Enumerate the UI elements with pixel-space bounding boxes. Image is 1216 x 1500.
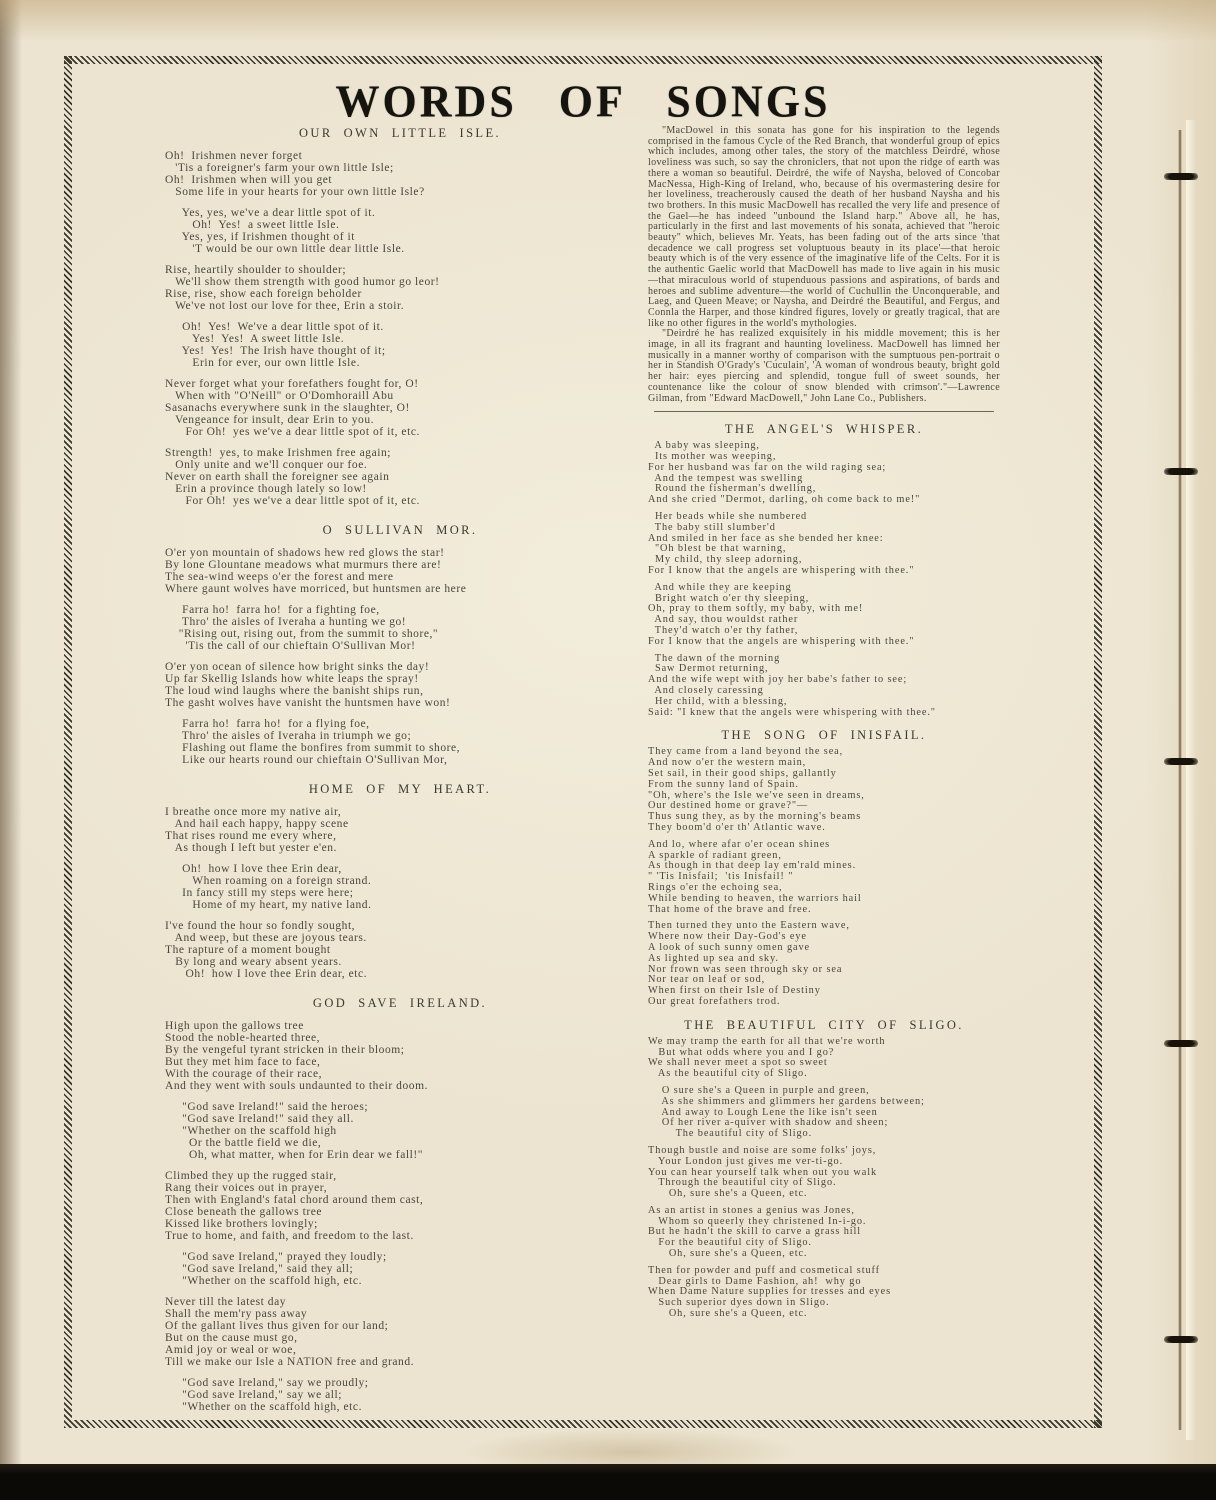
stanza: "God save Ireland!" said the heroes; "Go… xyxy=(165,1101,635,1161)
stanza: Her beads while she numbered The baby st… xyxy=(648,512,1000,577)
left-column: OUR OWN LITTLE ISLE.Oh! Irishmen never f… xyxy=(165,126,635,1422)
lyric-line: Only unite and we'll conquer our foe. xyxy=(165,459,635,471)
lyric-line: By lone Glountane meadows what murmurs t… xyxy=(165,559,635,571)
lyric-line: 'Tis a foreigner's farm your own little … xyxy=(165,162,635,174)
lyric-line: Yes, yes, we've a dear little spot of it… xyxy=(165,207,635,219)
lyric-line: We'll show them strength with good humor… xyxy=(165,276,635,288)
lyric-line: We've not lost our love for thee, Erin a… xyxy=(165,300,635,312)
lyric-line: Our great forefathers trod. xyxy=(648,997,1000,1008)
stanza: We may tramp the earth for all that we'r… xyxy=(648,1037,1000,1080)
lyric-line: "God save Ireland," said they all; xyxy=(165,1263,635,1275)
lyric-line: "Rising out, rising out, from the summit… xyxy=(165,628,635,640)
lyric-line: "God save Ireland," say we proudly; xyxy=(165,1377,635,1389)
song-title: THE ANGEL'S WHISPER. xyxy=(648,422,1000,437)
lyric-line: Yes, yes, if Irishmen thought of it xyxy=(165,231,635,243)
song-title: O SULLIVAN MOR. xyxy=(165,523,635,538)
lyric-line: As she shimmers and glimmers her gardens… xyxy=(648,1097,1000,1108)
lyric-line: When with "O'Neill" or O'Domhoraill Abu xyxy=(165,390,635,402)
binding-highlight xyxy=(1186,120,1196,1440)
lyric-line: Till we make our Isle a NATION free and … xyxy=(165,1356,635,1368)
lyric-line: With the courage of their race, xyxy=(165,1068,635,1080)
lyric-line: Your London just gives me ver-ti-go. xyxy=(648,1157,1000,1168)
lyric-line: Erin for ever, our own little Isle. xyxy=(165,357,635,369)
border-right xyxy=(1094,56,1102,1428)
stanza: Though bustle and noise are some folks' … xyxy=(648,1146,1000,1200)
lyric-line: Amid joy or weal or woe, xyxy=(165,1344,635,1356)
lyric-line: Yes! Yes! The Irish have thought of it; xyxy=(165,345,635,357)
lyric-line: Oh! how I love thee Erin dear, xyxy=(165,863,635,875)
stanza: I breathe once more my native air, And h… xyxy=(165,806,635,854)
stanza: Never till the latest dayShall the mem'r… xyxy=(165,1296,635,1368)
right-column: "MacDowel in this sonata has gone for hi… xyxy=(648,126,1000,1326)
stanza: And while they are keeping Bright watch … xyxy=(648,583,1000,648)
lyric-line: Never forget what your forefathers fough… xyxy=(165,378,635,390)
lyric-line: In fancy still my steps were here; xyxy=(165,887,635,899)
lyric-line: The sea-wind weeps o'er the forest and m… xyxy=(165,571,635,583)
lyric-line: As the beautiful city of Sligo. xyxy=(648,1069,1000,1080)
scanned-page: WORDS OF SONGS OUR OWN LITTLE ISLE.Oh! I… xyxy=(0,0,1216,1464)
lyric-line: Her child, with a blessing, xyxy=(648,697,1000,708)
lyric-line: Erin a province though lately so low! xyxy=(165,483,635,495)
stanza: Farra ho! farra ho! for a flying foe, Th… xyxy=(165,718,635,766)
stanza: Oh! Yes! We've a dear little spot of it.… xyxy=(165,321,635,369)
lyric-line: By the vengeful tyrant stricken in their… xyxy=(165,1044,635,1056)
lyric-line: Thro' the aisles of Iveraha a hunting we… xyxy=(165,616,635,628)
lyric-line: Farra ho! farra ho! for a flying foe, xyxy=(165,718,635,730)
stanza: Strength! yes, to make Irishmen free aga… xyxy=(165,447,635,507)
song-title: THE SONG OF INISFAIL. xyxy=(648,728,1000,743)
border-left xyxy=(64,56,72,1428)
prose-paragraph: "MacDowel in this sonata has gone for hi… xyxy=(648,126,1000,329)
lyric-line: As lighted up sea and sky. xyxy=(648,954,1000,965)
lyric-line: Oh, sure she's a Queen, etc. xyxy=(648,1249,1000,1260)
lyric-line: Yes! Yes! A sweet little Isle. xyxy=(165,333,635,345)
song-title: HOME OF MY HEART. xyxy=(165,782,635,797)
lyric-line: I've found the hour so fondly sought, xyxy=(165,920,635,932)
binding-stitch xyxy=(1164,1040,1198,1047)
stanza: Rise, heartily shoulder to shoulder; We'… xyxy=(165,264,635,312)
lyric-line: For I know that the angels are whisperin… xyxy=(648,637,1000,648)
lyric-line: Or the battle field we die, xyxy=(165,1137,635,1149)
lyric-line: "God save Ireland!" said they all. xyxy=(165,1113,635,1125)
lyric-line: For I know that the angels are whisperin… xyxy=(648,566,1000,577)
lyric-line: Oh! Yes! We've a dear little spot of it. xyxy=(165,321,635,333)
lyric-line: Some life in your hearts for your own li… xyxy=(165,186,635,198)
stanza: They came from a land beyond the sea,And… xyxy=(648,747,1000,833)
lyric-line: Never till the latest day xyxy=(165,1296,635,1308)
lyric-line: Sasanachs everywhere sunk in the slaught… xyxy=(165,402,635,414)
lyric-line: And weep, but these are joyous tears. xyxy=(165,932,635,944)
stanza: Then for powder and puff and cosmetical … xyxy=(648,1266,1000,1320)
lyric-line: Rise, heartily shoulder to shoulder; xyxy=(165,264,635,276)
binding-stitch xyxy=(1164,758,1198,765)
lyric-line: Oh! how I love thee Erin dear, etc. xyxy=(165,968,635,980)
lyric-line: While bending to heaven, the warriors ha… xyxy=(648,894,1000,905)
lyric-line: Rise, rise, show each foreign beholder xyxy=(165,288,635,300)
lyric-line: Then with England's fatal chord around t… xyxy=(165,1194,635,1206)
lyric-line: Kissed like brothers lovingly; xyxy=(165,1218,635,1230)
lyric-line: "God save Ireland," say we all; xyxy=(165,1389,635,1401)
lyric-line: Said: "I knew that the angels were whisp… xyxy=(648,708,1000,719)
binding-stitch xyxy=(1164,173,1198,180)
stanza: The dawn of the morning Saw Dermot retur… xyxy=(648,654,1000,719)
lyric-line: Farra ho! farra ho! for a fighting foe, xyxy=(165,604,635,616)
lyric-line: True to home, and faith, and freedom to … xyxy=(165,1230,635,1242)
lyric-line: Vengeance for insult, dear Erin to you. xyxy=(165,414,635,426)
lyric-line: The loud wind laughs where the banisht s… xyxy=(165,685,635,697)
stanza: Oh! Irishmen never forget 'Tis a foreign… xyxy=(165,150,635,198)
lyric-line: But on the cause must go, xyxy=(165,1332,635,1344)
stanza: Climbed they up the rugged stair,Rang th… xyxy=(165,1170,635,1242)
lyric-line: "Whether on the scaffold high, etc. xyxy=(165,1275,635,1287)
stanza: And lo, where afar o'er ocean shinesA sp… xyxy=(648,840,1000,916)
lyric-line: From the sunny land of Spain. xyxy=(648,780,1000,791)
stanza: O'er yon mountain of shadows hew red glo… xyxy=(165,547,635,595)
lyric-line: By long and weary absent years. xyxy=(165,956,635,968)
lyric-line: 'T would be our own little dear little I… xyxy=(165,243,635,255)
stanza: Oh! how I love thee Erin dear, When roam… xyxy=(165,863,635,911)
stanza: Never forget what your forefathers fough… xyxy=(165,378,635,438)
lyric-line: But they met him face to face, xyxy=(165,1056,635,1068)
lyric-line: That rises round me every where, xyxy=(165,830,635,842)
song-title: THE BEAUTIFUL CITY OF SLIGO. xyxy=(648,1018,1000,1033)
stanza: High upon the gallows treeStood the nobl… xyxy=(165,1020,635,1092)
lyric-line: Stood the noble-hearted three, xyxy=(165,1032,635,1044)
section-divider xyxy=(654,411,994,412)
lyric-line: And lo, where afar o'er ocean shines xyxy=(648,840,1000,851)
lyric-line: And she cried "Dermot, darling, oh come … xyxy=(648,495,1000,506)
song-title: OUR OWN LITTLE ISLE. xyxy=(165,126,635,141)
lyric-line: As though I left but yester e'en. xyxy=(165,842,635,854)
prose-paragraph: "Deirdré he has realized exquisitely in … xyxy=(648,329,1000,404)
lyric-line: Close beneath the gallows tree xyxy=(165,1206,635,1218)
lyric-line: High upon the gallows tree xyxy=(165,1020,635,1032)
lyric-line: That home of the brave and free. xyxy=(648,905,1000,916)
binding-stitch xyxy=(1164,1336,1198,1343)
scanner-background xyxy=(0,1464,1216,1500)
stanza: A baby was sleeping, Its mother was weep… xyxy=(648,441,1000,506)
lyric-line: Home of my heart, my native land. xyxy=(165,899,635,911)
lyric-line: They boom'd o'er th' Atlantic wave. xyxy=(648,823,1000,834)
stanza: O sure she's a Queen in purple and green… xyxy=(648,1086,1000,1140)
lyric-line: Shall the mem'ry pass away xyxy=(165,1308,635,1320)
lyric-line: For Oh! yes we've a dear little spot of … xyxy=(165,426,635,438)
lyric-line: The gasht wolves have vanisht the huntsm… xyxy=(165,697,635,709)
stanza: "God save Ireland," say we proudly; "God… xyxy=(165,1377,635,1413)
lyric-line: Where gaunt wolves have morriced, but hu… xyxy=(165,583,635,595)
lyric-line: O'er yon ocean of silence how bright sin… xyxy=(165,661,635,673)
lyric-line: "Whether on the scaffold high, etc. xyxy=(165,1401,635,1413)
lyric-line: The rapture of a moment bought xyxy=(165,944,635,956)
stanza: As an artist in stones a genius was Jone… xyxy=(648,1206,1000,1260)
lyric-line: For Oh! yes we've a dear little spot of … xyxy=(165,495,635,507)
stanza: Then turned they unto the Eastern wave,W… xyxy=(648,921,1000,1007)
page-title: WORDS OF SONGS xyxy=(64,75,1102,128)
stanza: "God save Ireland," prayed they loudly; … xyxy=(165,1251,635,1287)
binding-crease xyxy=(1178,130,1182,1430)
lyric-line: And they went with souls undaunted to th… xyxy=(165,1080,635,1092)
lyric-line: "God save Ireland," prayed they loudly; xyxy=(165,1251,635,1263)
stanza: O'er yon ocean of silence how bright sin… xyxy=(165,661,635,709)
lyric-line: Rang their voices out in prayer, xyxy=(165,1182,635,1194)
border-top xyxy=(64,56,1102,64)
lyric-line: Oh! Yes! a sweet little Isle. xyxy=(165,219,635,231)
lyric-line: Never on earth shall the foreigner see a… xyxy=(165,471,635,483)
stanza: Farra ho! farra ho! for a fighting foe, … xyxy=(165,604,635,652)
lyric-line: Oh! Irishmen when will you get xyxy=(165,174,635,186)
lyric-line: I breathe once more my native air, xyxy=(165,806,635,818)
lyric-line: We may tramp the earth for all that we'r… xyxy=(648,1037,1000,1048)
lyric-line: Climbed they up the rugged stair, xyxy=(165,1170,635,1182)
lyric-line: Flashing out flame the bonfires from sum… xyxy=(165,742,635,754)
lyric-line: And hail each happy, happy scene xyxy=(165,818,635,830)
lyric-line: Strength! yes, to make Irishmen free aga… xyxy=(165,447,635,459)
lyric-line: The beautiful city of Sligo. xyxy=(648,1129,1000,1140)
lyric-line: Of the gallant lives thus given for our … xyxy=(165,1320,635,1332)
lyric-line: "Whether on the scaffold high xyxy=(165,1125,635,1137)
lyric-line: Oh, what matter, when for Erin dear we f… xyxy=(165,1149,635,1161)
lyric-line: Up far Skellig Islands how white leaps t… xyxy=(165,673,635,685)
lyric-line: When roaming on a foreign strand. xyxy=(165,875,635,887)
lyric-line: Oh, sure she's a Queen, etc. xyxy=(648,1189,1000,1200)
lyric-line: Oh! Irishmen never forget xyxy=(165,150,635,162)
stanza: Yes, yes, we've a dear little spot of it… xyxy=(165,207,635,255)
lyric-line: Oh, sure she's a Queen, etc. xyxy=(648,1309,1000,1320)
lyric-line: Thro' the aisles of Iveraha in triumph w… xyxy=(165,730,635,742)
lyric-line: 'Tis the call of our chieftain O'Sulliva… xyxy=(165,640,635,652)
lyric-line: O'er yon mountain of shadows hew red glo… xyxy=(165,547,635,559)
song-title: GOD SAVE IRELAND. xyxy=(165,996,635,1011)
stanza: I've found the hour so fondly sought, An… xyxy=(165,920,635,980)
lyric-line: "God save Ireland!" said the heroes; xyxy=(165,1101,635,1113)
binding-stitch xyxy=(1164,468,1198,475)
lyric-line: Like our hearts round our chieftain O'Su… xyxy=(165,754,635,766)
